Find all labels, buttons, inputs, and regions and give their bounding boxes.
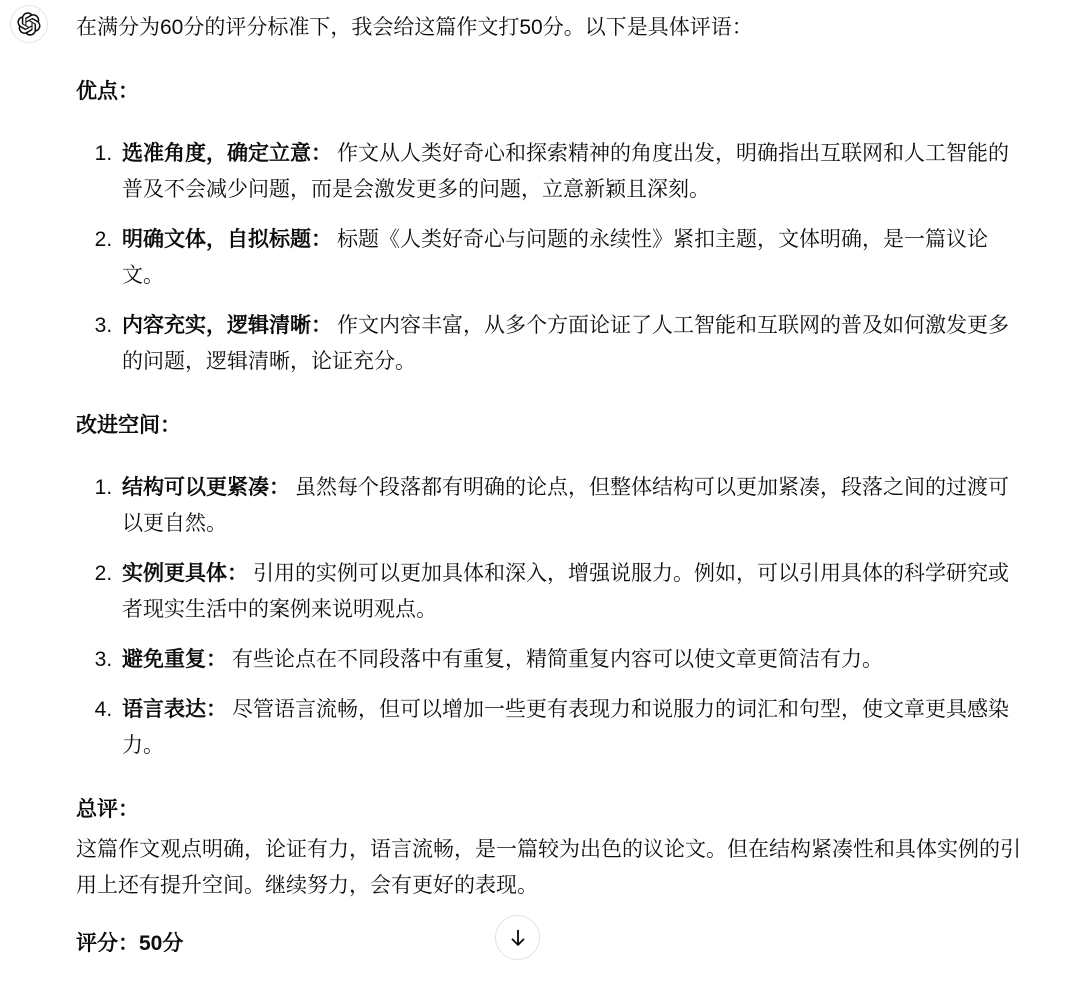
improvements-list: 结构可以更紧凑：虽然每个段落都有明确的论点，但整体结构可以更加紧凑，段落之间的过…	[76, 470, 1028, 764]
arrow-down-icon	[507, 927, 529, 949]
intro-paragraph: 在满分为60分的评分标准下，我会给这篇作文打50分。以下是具体评语：	[76, 10, 1028, 46]
list-item: 内容充实，逻辑清晰：作文内容丰富，从多个方面论证了人工智能和互联网的普及如何激发…	[118, 308, 1028, 380]
item-text: 引用的实例可以更加具体和深入，增强说服力。例如，可以引用具体的科学研究或者现实生…	[122, 562, 1009, 621]
strengths-list: 选准角度，确定立意：作文从人类好奇心和探索精神的角度出发，明确指出互联网和人工智…	[76, 136, 1028, 380]
item-label: 避免重复：	[122, 648, 227, 671]
list-item: 选准角度，确定立意：作文从人类好奇心和探索精神的角度出发，明确指出互联网和人工智…	[118, 136, 1028, 208]
item-label: 语言表达：	[122, 698, 227, 721]
assistant-avatar	[10, 5, 48, 43]
message-content: 在满分为60分的评分标准下，我会给这篇作文打50分。以下是具体评语： 优点： 选…	[76, 5, 1028, 962]
summary-heading: 总评：	[76, 792, 1028, 828]
section-heading-strengths: 优点：	[76, 74, 1028, 110]
item-label: 明确文体，自拟标题：	[122, 228, 332, 251]
item-label: 选准角度，确定立意：	[122, 142, 332, 165]
item-label: 实例更具体：	[122, 562, 248, 585]
summary-paragraph: 这篇作文观点明确，论证有力，语言流畅，是一篇较为出色的议论文。但在结构紧凑性和具…	[76, 832, 1028, 904]
openai-logo-icon	[17, 12, 41, 36]
list-item: 结构可以更紧凑：虽然每个段落都有明确的论点，但整体结构可以更加紧凑，段落之间的过…	[118, 470, 1028, 542]
item-text: 尽管语言流畅，但可以增加一些更有表现力和说服力的词汇和句型，使文章更具感染力。	[122, 698, 1009, 757]
list-item: 语言表达：尽管语言流畅，但可以增加一些更有表现力和说服力的词汇和句型，使文章更具…	[118, 692, 1028, 764]
item-label: 内容充实，逻辑清晰：	[122, 314, 332, 337]
list-item: 避免重复：有些论点在不同段落中有重复，精简重复内容可以使文章更简洁有力。	[118, 642, 1028, 678]
list-item: 明确文体，自拟标题：标题《人类好奇心与问题的永续性》紧扣主题，文体明确，是一篇议…	[118, 222, 1028, 294]
section-heading-improvements: 改进空间：	[76, 408, 1028, 444]
list-item: 实例更具体：引用的实例可以更加具体和深入，增强说服力。例如，可以引用具体的科学研…	[118, 556, 1028, 628]
assistant-message: 在满分为60分的评分标准下，我会给这篇作文打50分。以下是具体评语： 优点： 选…	[0, 0, 1080, 962]
score-line: 评分：50分	[76, 926, 1028, 962]
item-text: 有些论点在不同段落中有重复，精简重复内容可以使文章更简洁有力。	[232, 648, 883, 671]
item-label: 结构可以更紧凑：	[122, 476, 290, 499]
scroll-to-bottom-button[interactable]	[495, 915, 540, 960]
